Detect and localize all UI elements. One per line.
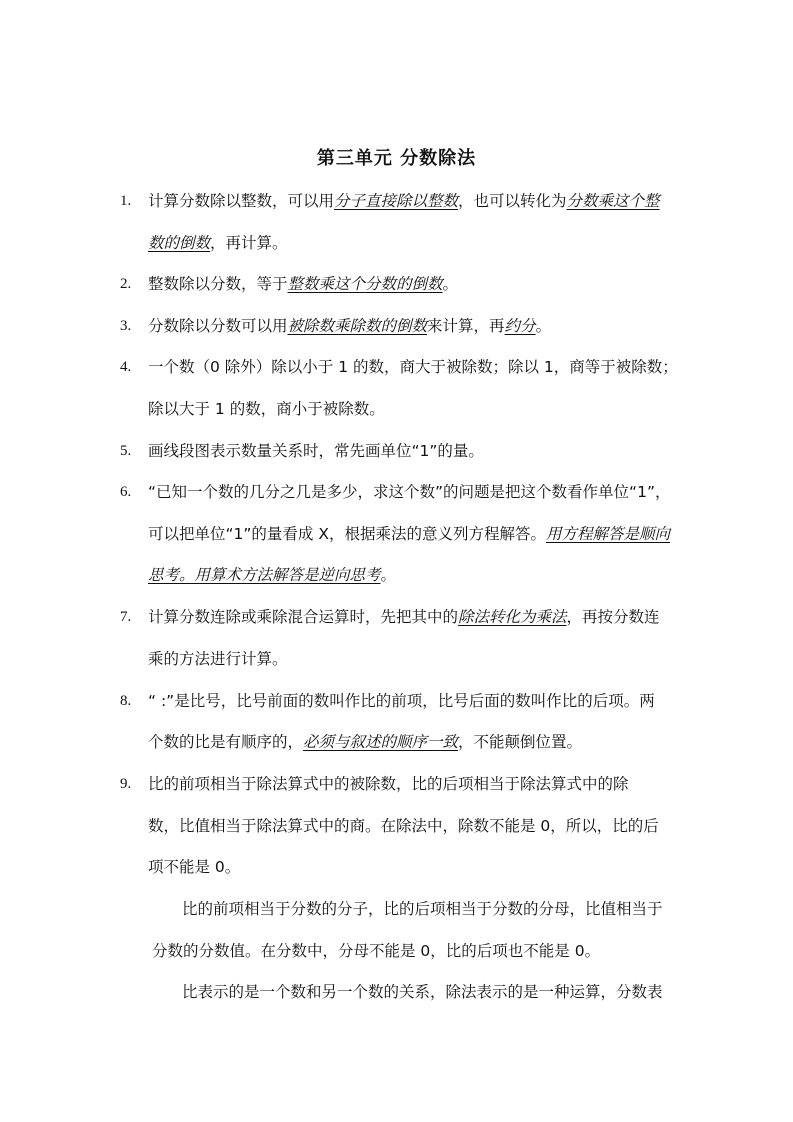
text-segment: ，再按分数连: [567, 608, 660, 626]
paragraph-line: 比表示的是一个数和另一个数的关系，除法表示的是一种运算，分数表: [182, 981, 712, 1003]
list-item-line: 一个数（0 除外）除以小于 1 的数，商大于被除数；除以 1，商等于被除数；: [148, 356, 678, 378]
list-item-line: 数的倒数，再计算。: [148, 232, 678, 254]
text-segment: 画线段图表示数量关系时，常先画单位“1”的量。: [148, 442, 484, 460]
list-item-line: 乘的方法进行计算。: [148, 648, 678, 670]
list-item-line: 整数除以分数，等于整数乘这个分数的倒数。: [148, 273, 678, 295]
list-item-line: 比的前项相当于除法算式中的被除数，比的后项相当于除法算式中的除: [148, 773, 678, 795]
paragraph-line: 比的前项相当于分数的分子，比的后项相当于分数的分母，比值相当于: [182, 898, 712, 920]
text-segment: 除以大于 1 的数，商小于被除数。: [148, 400, 385, 418]
text-segment: 比的前项相当于除法算式中的被除数，比的后项相当于除法算式中的除: [148, 775, 629, 793]
list-item-line: 个数的比是有顺序的，必须与叙述的顺序一致，不能颠倒位置。: [148, 731, 678, 753]
text-segment: “已知一个数的几分之几是多少，求这个数”的问题是把这个数看作单位“1”，: [148, 483, 670, 501]
paragraph-line: 分数的分数值。在分数中，分母不能是 0，比的后项也不能是 0。: [152, 940, 682, 962]
text-segment: 。: [536, 317, 552, 335]
text-segment: 项不能是 0。: [148, 858, 240, 876]
list-item-number: 8.: [120, 690, 131, 712]
text-segment: 。: [381, 566, 397, 584]
emphasized-text: 分数乘这个整: [567, 192, 660, 210]
emphasized-text: 除法转化为乘法: [458, 608, 567, 626]
list-item-line: 思考。用算术方法解答是逆向思考。: [148, 564, 678, 586]
emphasized-text: 被除数乘除数的倒数: [288, 317, 428, 335]
list-item-line: 分数除以分数可以用被除数乘除数的倒数来计算，再约分。: [148, 315, 678, 337]
list-item-line: 项不能是 0。: [148, 856, 678, 878]
list-item-number: 3.: [120, 315, 131, 337]
text-segment: 来计算，再: [427, 317, 505, 335]
text-segment: 一个数（0 除外）除以小于 1 的数，商大于被除数；除以 1，商等于被除数；: [148, 358, 678, 376]
list-item-line: 计算分数连除或乘除混合运算时，先把其中的除法转化为乘法，再按分数连: [148, 606, 678, 628]
emphasized-text: 整数乘这个分数的倒数: [288, 275, 443, 293]
text-segment: 计算分数连除或乘除混合运算时，先把其中的: [148, 608, 458, 626]
list-item-number: 6.: [120, 481, 131, 503]
list-item-number: 2.: [120, 273, 131, 295]
text-segment: 分数除以分数可以用: [148, 317, 288, 335]
page-title: 第三单元 分数除法: [0, 144, 793, 170]
list-item-line: “已知一个数的几分之几是多少，求这个数”的问题是把这个数看作单位“1”，: [148, 481, 678, 503]
list-item-number: 5.: [120, 440, 131, 462]
list-item-line: 数，比值相当于除法算式中的商。在除法中，除数不能是 0，所以，比的后: [148, 815, 678, 837]
text-segment: 数，比值相当于除法算式中的商。在除法中，除数不能是 0，所以，比的后: [148, 817, 659, 835]
list-item-line: “ :”是比号，比号前面的数叫作比的前项，比号后面的数叫作比的后项。两: [148, 690, 678, 712]
text-segment: ，也可以转化为: [458, 192, 567, 210]
text-segment: ，再计算。: [210, 234, 288, 252]
emphasized-text: 思考。用算术方法解答是逆向思考: [148, 566, 381, 584]
list-item-line: 可以把单位“1”的量看成 X，根据乘法的意义列方程解答。用方程解答是顺向: [148, 523, 678, 545]
text-segment: 计算分数除以整数，可以用: [148, 192, 334, 210]
list-item-number: 4.: [120, 356, 131, 378]
text-segment: 。: [443, 275, 459, 293]
emphasized-text: 必须与叙述的顺序一致: [303, 733, 458, 751]
list-item-number: 9.: [120, 773, 131, 795]
emphasized-text: 用方程解答是顺向: [546, 525, 670, 543]
emphasized-text: 约分: [505, 317, 536, 335]
list-item-number: 1.: [120, 190, 131, 212]
text-segment: 可以把单位“1”的量看成 X，根据乘法的意义列方程解答。: [148, 525, 546, 543]
text-segment: 个数的比是有顺序的，: [148, 733, 303, 751]
list-item-number: 7.: [120, 606, 131, 628]
list-item-line: 计算分数除以整数，可以用分子直接除以整数，也可以转化为分数乘这个整: [148, 190, 678, 212]
list-item-line: 画线段图表示数量关系时，常先画单位“1”的量。: [148, 440, 678, 462]
text-segment: 整数除以分数，等于: [148, 275, 288, 293]
text-segment: 乘的方法进行计算。: [148, 650, 288, 668]
text-segment: “ :”是比号，比号前面的数叫作比的前项，比号后面的数叫作比的后项。两: [148, 692, 655, 710]
text-segment: ，不能颠倒位置。: [458, 733, 582, 751]
list-item-line: 除以大于 1 的数，商小于被除数。: [148, 398, 678, 420]
emphasized-text: 数的倒数: [148, 234, 210, 252]
emphasized-text: 分子直接除以整数: [334, 192, 458, 210]
